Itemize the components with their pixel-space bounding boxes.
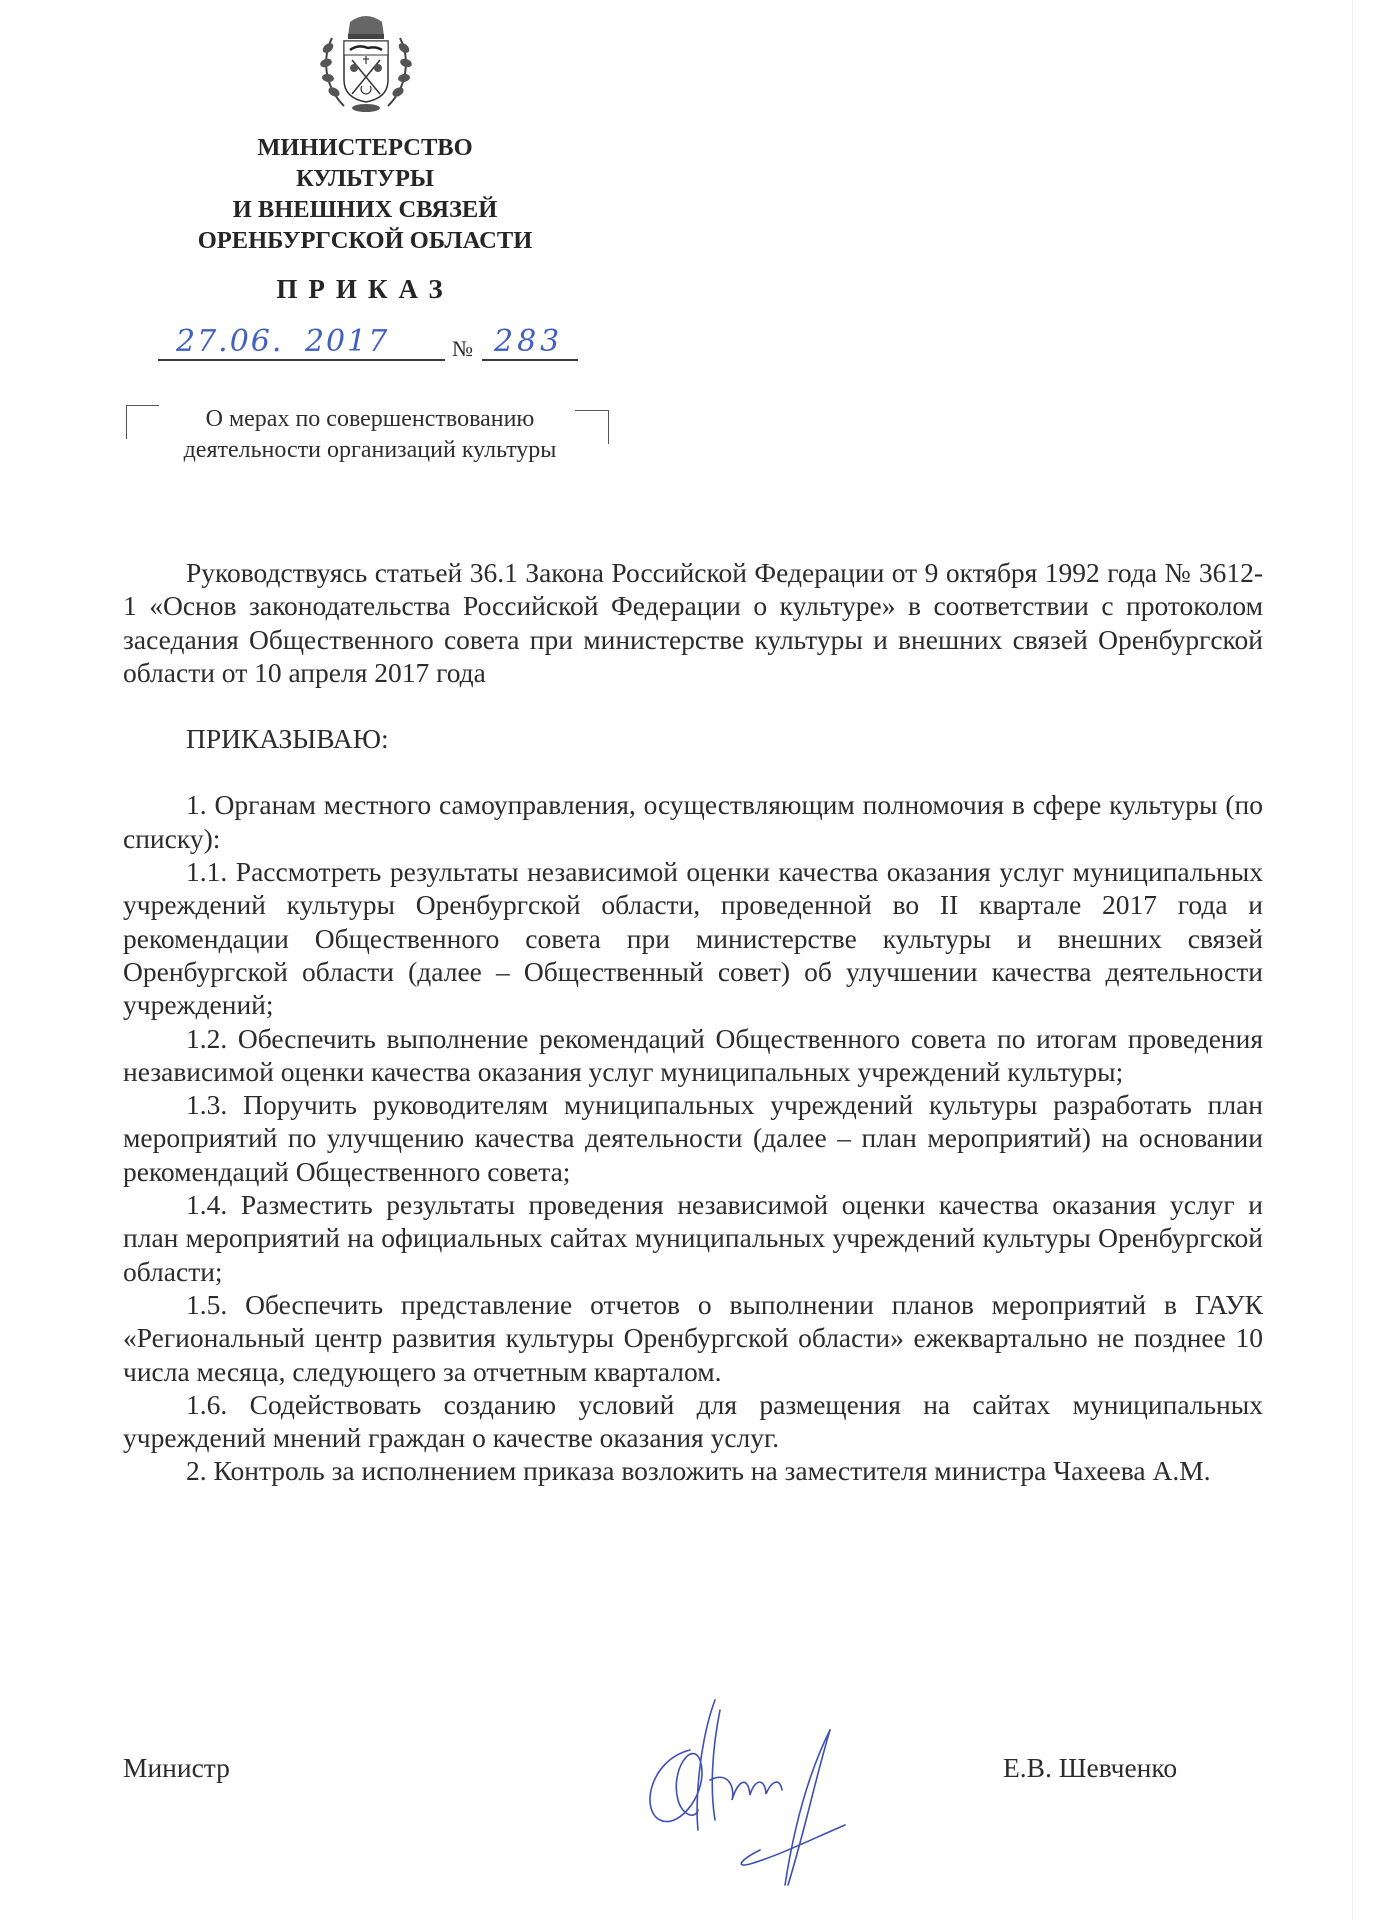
item-1: 1. Органам местного самоуправления, осущ… <box>123 788 1263 855</box>
subject-line: О мерах по совершенствованию <box>140 404 600 435</box>
coat-of-arms-icon <box>318 8 414 114</box>
header-line: МИНИСТЕРСТВО <box>160 132 570 163</box>
header-line: ОРЕНБУРГСКОЙ ОБЛАСТИ <box>160 225 570 256</box>
handwritten-signature-icon <box>620 1690 880 1890</box>
item-1-3: 1.3. Поручить руководителям муниципальны… <box>123 1088 1263 1188</box>
header-line: КУЛЬТУРЫ <box>160 163 570 194</box>
ministry-header: МИНИСТЕРСТВО КУЛЬТУРЫ И ВНЕШНИХ СВЯЗЕЙ О… <box>160 132 570 256</box>
subject-line: деятельности организаций культуры <box>140 435 600 466</box>
subject-title: О мерах по совершенствованию деятельност… <box>140 404 600 466</box>
directive-heading: ПРИКАЗЫВАЮ: <box>123 722 1263 755</box>
page-edge <box>1352 0 1353 1920</box>
item-1-4: 1.4. Разместить результаты проведения не… <box>123 1188 1263 1288</box>
preamble-paragraph: Руководствуясь статьей 36.1 Закона Росси… <box>123 556 1263 689</box>
signatory-name: Е.В. Шевченко <box>1003 1752 1177 1784</box>
number-underline <box>482 359 578 361</box>
document-type-title: ПРИКАЗ <box>160 274 570 305</box>
date-underline <box>158 359 445 361</box>
header-line: И ВНЕШНИХ СВЯЗЕЙ <box>160 194 570 225</box>
item-1-6: 1.6. Содействовать созданию условий для … <box>123 1388 1263 1455</box>
registration-row: 27.06. 2017 № 283 <box>156 322 596 362</box>
item-1-5: 1.5. Обеспечить представление отчетов о … <box>123 1288 1263 1388</box>
item-2: 2. Контроль за исполнением приказа возло… <box>123 1454 1263 1487</box>
handwritten-date: 27.06. 2017 <box>176 324 389 359</box>
document-body: Руководствуясь статьей 36.1 Закона Росси… <box>123 556 1263 1488</box>
signatory-title: Министр <box>123 1752 230 1784</box>
item-1-1: 1.1. Рассмотреть результаты независимой … <box>123 855 1263 1021</box>
handwritten-number: 283 <box>494 324 563 359</box>
item-1-2: 1.2. Обеспечить выполнение рекомендаций … <box>123 1022 1263 1089</box>
number-sign: № <box>452 336 473 362</box>
